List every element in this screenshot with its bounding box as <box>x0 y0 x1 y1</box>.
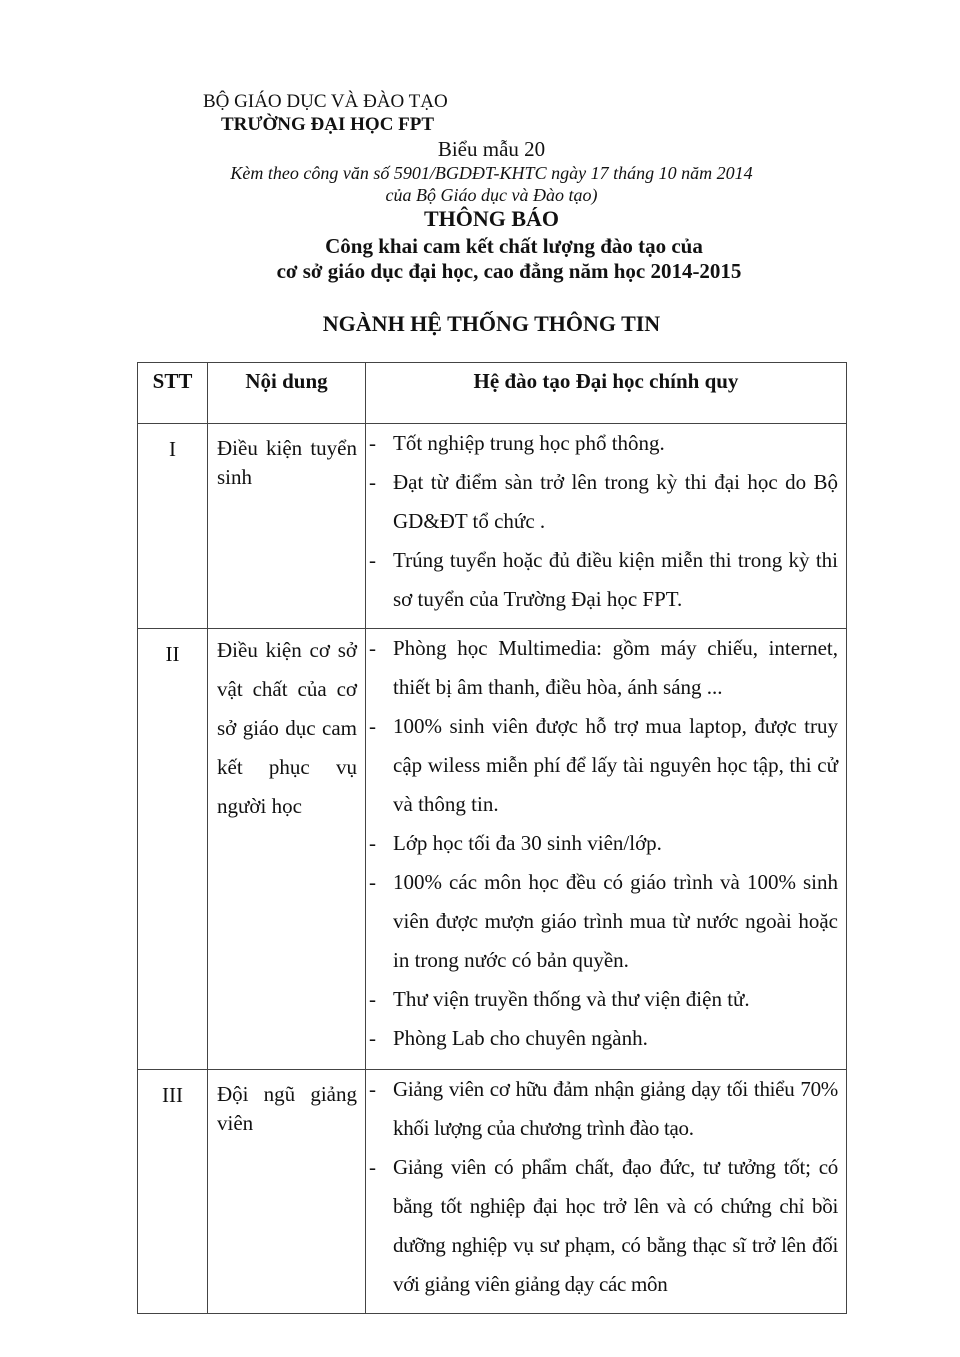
form-number: Biểu mẫu 20 <box>0 137 960 162</box>
list-item-text: Đạt từ điểm sàn trở lên trong kỳ thi đại… <box>393 470 838 533</box>
bullet-dash: - <box>369 1019 376 1058</box>
table-row: II Điều kiện cơ sở vật chất của cơ sở gi… <box>138 629 847 1070</box>
document-subtitle-line-1: Công khai cam kết chất lượng đào tạo của <box>0 234 960 259</box>
list-item-text: Thư viện truyền thống và thư viện điện t… <box>393 987 750 1011</box>
list-item-text: Lớp học tối đa 30 sinh viên/lớp. <box>393 831 662 855</box>
list-item: -Đạt từ điểm sàn trở lên trong kỳ thi đạ… <box>366 463 838 541</box>
list-item: -100% sinh viên được hỗ trợ mua laptop, … <box>366 707 838 824</box>
school-name: TRƯỜNG ĐẠI HỌC FPT <box>221 114 434 136</box>
detail-list: -Phòng học Multimedia: gồm máy chiếu, in… <box>366 629 838 1058</box>
row-number: I <box>138 424 208 629</box>
document-title: THÔNG BÁO <box>0 206 960 232</box>
document-subtitle-line-2: cơ sở giáo dục đại học, cao đẳng năm học… <box>0 259 960 284</box>
list-item-text: 100% các môn học đều có giáo trình và 10… <box>393 870 838 972</box>
list-item-text: Giảng viên cơ hữu đảm nhận giảng dạy tối… <box>393 1077 838 1140</box>
list-item: -Thư viện truyền thống và thư viện điện … <box>366 980 838 1019</box>
major-heading: NGÀNH HỆ THỐNG THÔNG TIN <box>0 311 960 337</box>
bullet-dash: - <box>369 1148 376 1187</box>
row-details: -Giảng viên cơ hữu đảm nhận giảng dạy tố… <box>366 1070 847 1314</box>
column-header-program: Hệ đào tạo Đại học chính quy <box>366 363 847 424</box>
list-item: -Trúng tuyển hoặc đủ điều kiện miễn thi … <box>366 541 838 619</box>
column-header-content: Nội dung <box>208 363 366 424</box>
ministry-name: BỘ GIÁO DỤC VÀ ĐÀO TẠO <box>203 91 448 113</box>
list-item: -Giảng viên có phẩm chất, đạo đức, tư tư… <box>366 1148 838 1304</box>
reference-line-1: Kèm theo công văn số 5901/BGDĐT-KHTC ngà… <box>0 163 960 184</box>
column-header-stt: STT <box>138 363 208 424</box>
list-item: -Lớp học tối đa 30 sinh viên/lớp. <box>366 824 838 863</box>
list-item-text: Giảng viên có phẩm chất, đạo đức, tư tưở… <box>393 1155 838 1296</box>
list-item: -Phòng Lab cho chuyên ngành. <box>366 1019 838 1058</box>
bullet-dash: - <box>369 707 376 746</box>
list-item: -Giảng viên cơ hữu đảm nhận giảng dạy tố… <box>366 1070 838 1148</box>
list-item-text: Tốt nghiệp trung học phổ thông. <box>393 431 665 455</box>
bullet-dash: - <box>369 863 376 902</box>
detail-list: -Giảng viên cơ hữu đảm nhận giảng dạy tố… <box>366 1070 838 1304</box>
commitment-table: STT Nội dung Hệ đào tạo Đại học chính qu… <box>137 362 847 1314</box>
list-item-text: Phòng học Multimedia: gồm máy chiếu, int… <box>393 636 838 699</box>
reference-line-2: của Bộ Giáo dục và Đào tạo) <box>0 185 960 206</box>
table-row: III Đội ngũ giảng viên -Giảng viên cơ hữ… <box>138 1070 847 1314</box>
list-item: -100% các môn học đều có giáo trình và 1… <box>366 863 838 980</box>
table-header-row: STT Nội dung Hệ đào tạo Đại học chính qu… <box>138 363 847 424</box>
detail-list: -Tốt nghiệp trung học phổ thông.-Đạt từ … <box>366 424 838 619</box>
row-number: III <box>138 1070 208 1314</box>
bullet-dash: - <box>369 541 376 580</box>
bullet-dash: - <box>369 629 376 668</box>
bullet-dash: - <box>369 1070 376 1109</box>
row-details: -Tốt nghiệp trung học phổ thông.-Đạt từ … <box>366 424 847 629</box>
bullet-dash: - <box>369 824 376 863</box>
bullet-dash: - <box>369 424 376 463</box>
row-content: Đội ngũ giảng viên <box>208 1070 366 1314</box>
table-row: I Điều kiện tuyển sinh -Tốt nghiệp trung… <box>138 424 847 629</box>
bullet-dash: - <box>369 980 376 1019</box>
list-item-text: Trúng tuyển hoặc đủ điều kiện miễn thi t… <box>393 548 838 611</box>
row-details: -Phòng học Multimedia: gồm máy chiếu, in… <box>366 629 847 1070</box>
row-content: Điều kiện cơ sở vật chất của cơ sở giáo … <box>208 629 366 1070</box>
list-item: -Phòng học Multimedia: gồm máy chiếu, in… <box>366 629 838 707</box>
row-content: Điều kiện tuyển sinh <box>208 424 366 629</box>
list-item-text: 100% sinh viên được hỗ trợ mua laptop, đ… <box>393 714 838 816</box>
row-number: II <box>138 629 208 1070</box>
list-item: -Tốt nghiệp trung học phổ thông. <box>366 424 838 463</box>
bullet-dash: - <box>369 463 376 502</box>
list-item-text: Phòng Lab cho chuyên ngành. <box>393 1026 648 1050</box>
